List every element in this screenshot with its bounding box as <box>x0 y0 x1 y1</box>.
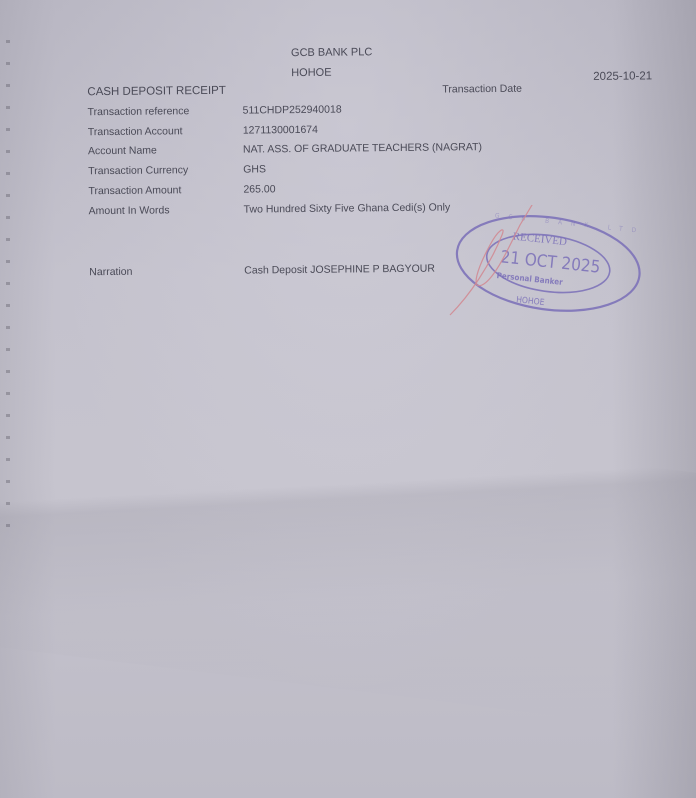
transaction-date-value: 2025-10-21 <box>593 70 652 83</box>
field-row-account-name: Account Name NAT. ASS. OF GRADUATE TEACH… <box>88 139 648 159</box>
branch-name: HOHOE <box>291 67 331 79</box>
field-label: Account Name <box>88 144 157 157</box>
field-label: Transaction Amount <box>88 184 181 197</box>
transaction-date-label: Transaction Date <box>442 83 522 96</box>
field-row-account: Transaction Account 1271130001674 <box>88 120 648 140</box>
field-value: GHS <box>243 163 266 175</box>
field-value: NAT. ASS. OF GRADUATE TEACHERS (NAGRAT) <box>243 141 482 156</box>
field-label: Transaction reference <box>88 105 190 118</box>
field-value: Cash Deposit JOSEPHINE P BAGYOUR <box>244 263 435 277</box>
field-value: Two Hundred Sixty Five Ghana Cedi(s) Onl… <box>244 201 451 215</box>
field-value: 265.00 <box>243 183 275 195</box>
field-value: 511CHDP252940018 <box>243 104 342 117</box>
field-row-reference: Transaction reference 511CHDP252940018 <box>88 100 648 120</box>
bank-name: GCB BANK PLC <box>291 46 372 59</box>
field-label: Transaction Currency <box>88 164 188 177</box>
field-label: Transaction Account <box>88 125 183 138</box>
field-value: 1271130001674 <box>243 124 318 137</box>
field-row-amount-words: Amount In Words Two Hundred Sixty Five G… <box>89 199 649 219</box>
field-row-currency: Transaction Currency GHS <box>88 159 648 179</box>
field-row-amount: Transaction Amount 265.00 <box>88 179 648 199</box>
field-label: Narration <box>89 266 132 278</box>
field-label: Amount In Words <box>89 204 170 217</box>
field-row-narration: Narration Cash Deposit JOSEPHINE P BAGYO… <box>89 260 649 280</box>
receipt-title: CASH DEPOSIT RECEIPT <box>87 85 226 98</box>
deposit-receipt: GCB BANK PLC HOHOE CASH DEPOSIT RECEIPT … <box>0 0 696 798</box>
